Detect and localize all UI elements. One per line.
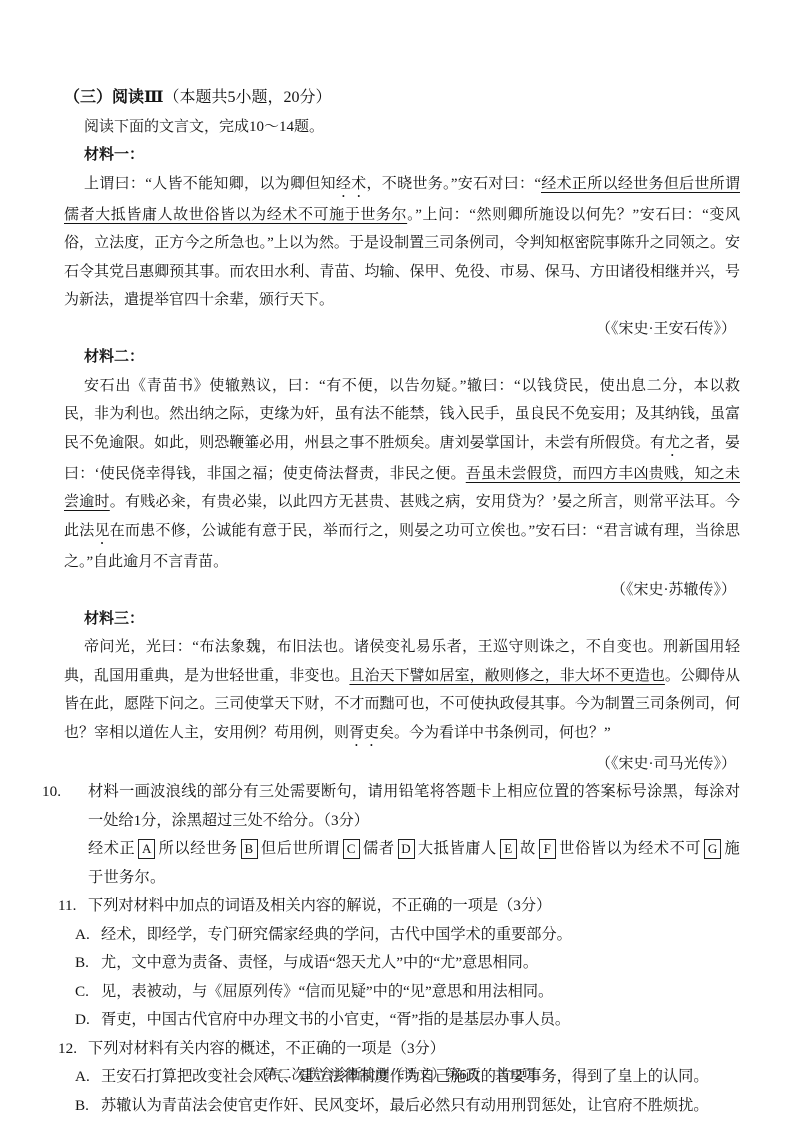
option-label: B. — [75, 1092, 101, 1121]
question-10: 10. 材料一画波浪线的部分有三处需要断句，请用铅笔将答题卡上相应位置的答案标号… — [42, 778, 740, 892]
question-11-number: 11. — [58, 892, 96, 921]
intro-line: 阅读下面的文言文，完成10～14题。 — [64, 113, 740, 142]
material-2-paragraph: 安石出《青苗书》使辙熟议，曰：“有不便，以告勿疑。”辙曰：“以钱贷民，使出息二分… — [64, 372, 740, 577]
option-text: 胥吏，中国古代官府中办理文书的小官吏，“胥”指的是基层办事人员。 — [101, 1006, 740, 1035]
material-1-label: 材料一： — [64, 141, 740, 170]
text-segment: 安石出《青苗书》使辙熟议，曰：“有不便，以告勿疑。”辙曰：“以钱贷民，使出息二分… — [64, 378, 740, 451]
answer-mark-box-E: E — [500, 839, 517, 859]
answer-mark-box-C: C — [343, 839, 360, 859]
text-segment: 大抵皆庸人 — [418, 840, 497, 857]
option-text: 经术，即经学，专门研究儒家经典的学问，古代中国学术的重要部分。 — [101, 921, 740, 950]
material-3-paragraph: 帝问光，光曰：“布法象魏，布旧法也。诸侯变礼易乐者，王巡守则诛之，不自变也。刑新… — [64, 633, 740, 750]
question-10-text: 材料一画波浪线的部分有三处需要断句，请用铅笔将答题卡上相应位置的答案标号涂黑，每… — [88, 778, 740, 835]
text-segment: 所以经世务 — [158, 840, 237, 857]
option-11-C: C.见，表被动，与《屈原列传》“信而见疑”中的“见”意思和用法相同。 — [75, 978, 740, 1007]
option-label: A. — [75, 921, 101, 950]
question-12-number: 12. — [58, 1035, 96, 1064]
section-meta: （本题共5小题，20分） — [164, 89, 332, 106]
answer-mark-box-G: G — [704, 839, 721, 859]
material-3-label: 材料三： — [64, 605, 740, 634]
option-text: 见，表被动，与《屈原列传》“信而见疑”中的“见”意思和用法相同。 — [101, 978, 740, 1007]
answer-mark-box-D: D — [398, 839, 415, 859]
section-title: （三）阅读Ⅲ — [64, 89, 164, 106]
text-segment: 但后世所谓 — [261, 840, 340, 857]
answer-mark-box-A: A — [138, 839, 155, 859]
option-11-A: A.经术，即经学，专门研究儒家经典的学问，古代中国学术的重要部分。 — [75, 921, 740, 950]
question-12: 12. 下列对材料有关内容的概述，不正确的一项是（3分） — [42, 1035, 740, 1064]
question-11-options: A.经术，即经学，专门研究儒家经典的学问，古代中国学术的重要部分。 B.尤，文中… — [75, 921, 740, 1035]
option-text: 尤，文中意为责备、责怪，与成语“怨天尤人”中的“尤”意思相同。 — [101, 949, 740, 978]
emphasized-term: 胥吏 — [349, 725, 379, 741]
material-1-source: （《宋史·王安石传》） — [42, 315, 740, 344]
emphasized-term: 见 — [94, 523, 109, 539]
question-10-number: 10. — [42, 778, 80, 807]
text-segment: 矣。今为看详中书条例司，何也？” — [379, 725, 611, 741]
option-label: C. — [75, 978, 101, 1007]
underlined-clause: 且治天下譬如居室，敝则修之，非大坏不更造也 — [349, 668, 664, 684]
answer-mark-box-F: F — [539, 839, 556, 859]
text-segment: 在而患不修，公诚能有意于民，举而行之，则晏之功可立俟也。”安石曰：“君言诚有理，… — [64, 523, 740, 570]
text-segment: 上谓曰：“人皆不能知卿，以为卿但知 — [84, 176, 336, 192]
material-2-source: （《宋史·苏辙传》） — [42, 576, 740, 605]
option-label: D. — [75, 1006, 101, 1035]
option-11-B: B.尤，文中意为责备、责怪，与成语“怨天尤人”中的“尤”意思相同。 — [75, 949, 740, 978]
material-2-label: 材料二： — [64, 343, 740, 372]
text-segment: 故 — [520, 840, 536, 857]
text-segment: 儒者 — [363, 840, 395, 857]
question-11-text: 下列对材料中加点的词语及相关内容的解说，不正确的一项是（3分） — [88, 892, 740, 921]
question-10-sentence: 经术正A所以经世务B但后世所谓C儒者D大抵皆庸人E故F世俗皆以为经术不可G施于世… — [88, 835, 740, 892]
option-12-B: B.苏辙认为青苗法会使官吏作奸、民风变坏，最后必然只有动用刑罚惩处，让官府不胜烦… — [75, 1092, 740, 1121]
page-footer: 第二次联合诊断检测（语文）第6页 共12页 — [0, 1062, 800, 1091]
option-label: B. — [75, 949, 101, 978]
section-heading: （三）阅读Ⅲ（本题共5小题，20分） — [64, 84, 740, 113]
answer-mark-box-B: B — [241, 839, 258, 859]
question-11: 11. 下列对材料中加点的词语及相关内容的解说，不正确的一项是（3分） — [42, 892, 740, 921]
text-segment: 经术正 — [88, 840, 135, 857]
question-12-text: 下列对材料有关内容的概述，不正确的一项是（3分） — [88, 1035, 740, 1064]
text-segment: ，不晓世务。”安石对曰：“ — [367, 176, 542, 192]
option-text: 苏辙认为青苗法会使官吏作奸、民风变坏，最后必然只有动用刑罚惩处，让官府不胜烦扰。 — [101, 1092, 740, 1121]
emphasized-term: 经术 — [336, 176, 367, 192]
emphasized-term: 尤 — [665, 435, 680, 451]
material-3-source: （《宋史·司马光传》） — [42, 750, 740, 779]
text-segment: 世俗皆以为经术不可 — [559, 840, 701, 857]
material-1-paragraph: 上谓曰：“人皆不能知卿，以为卿但知经术，不晓世务。”安石对曰：“经术正所以经世务… — [64, 170, 740, 315]
exam-page: （三）阅读Ⅲ（本题共5小题，20分） 阅读下面的文言文，完成10～14题。 材料… — [0, 0, 800, 1131]
option-11-D: D.胥吏，中国古代官府中办理文书的小官吏，“胥”指的是基层办事人员。 — [75, 1006, 740, 1035]
